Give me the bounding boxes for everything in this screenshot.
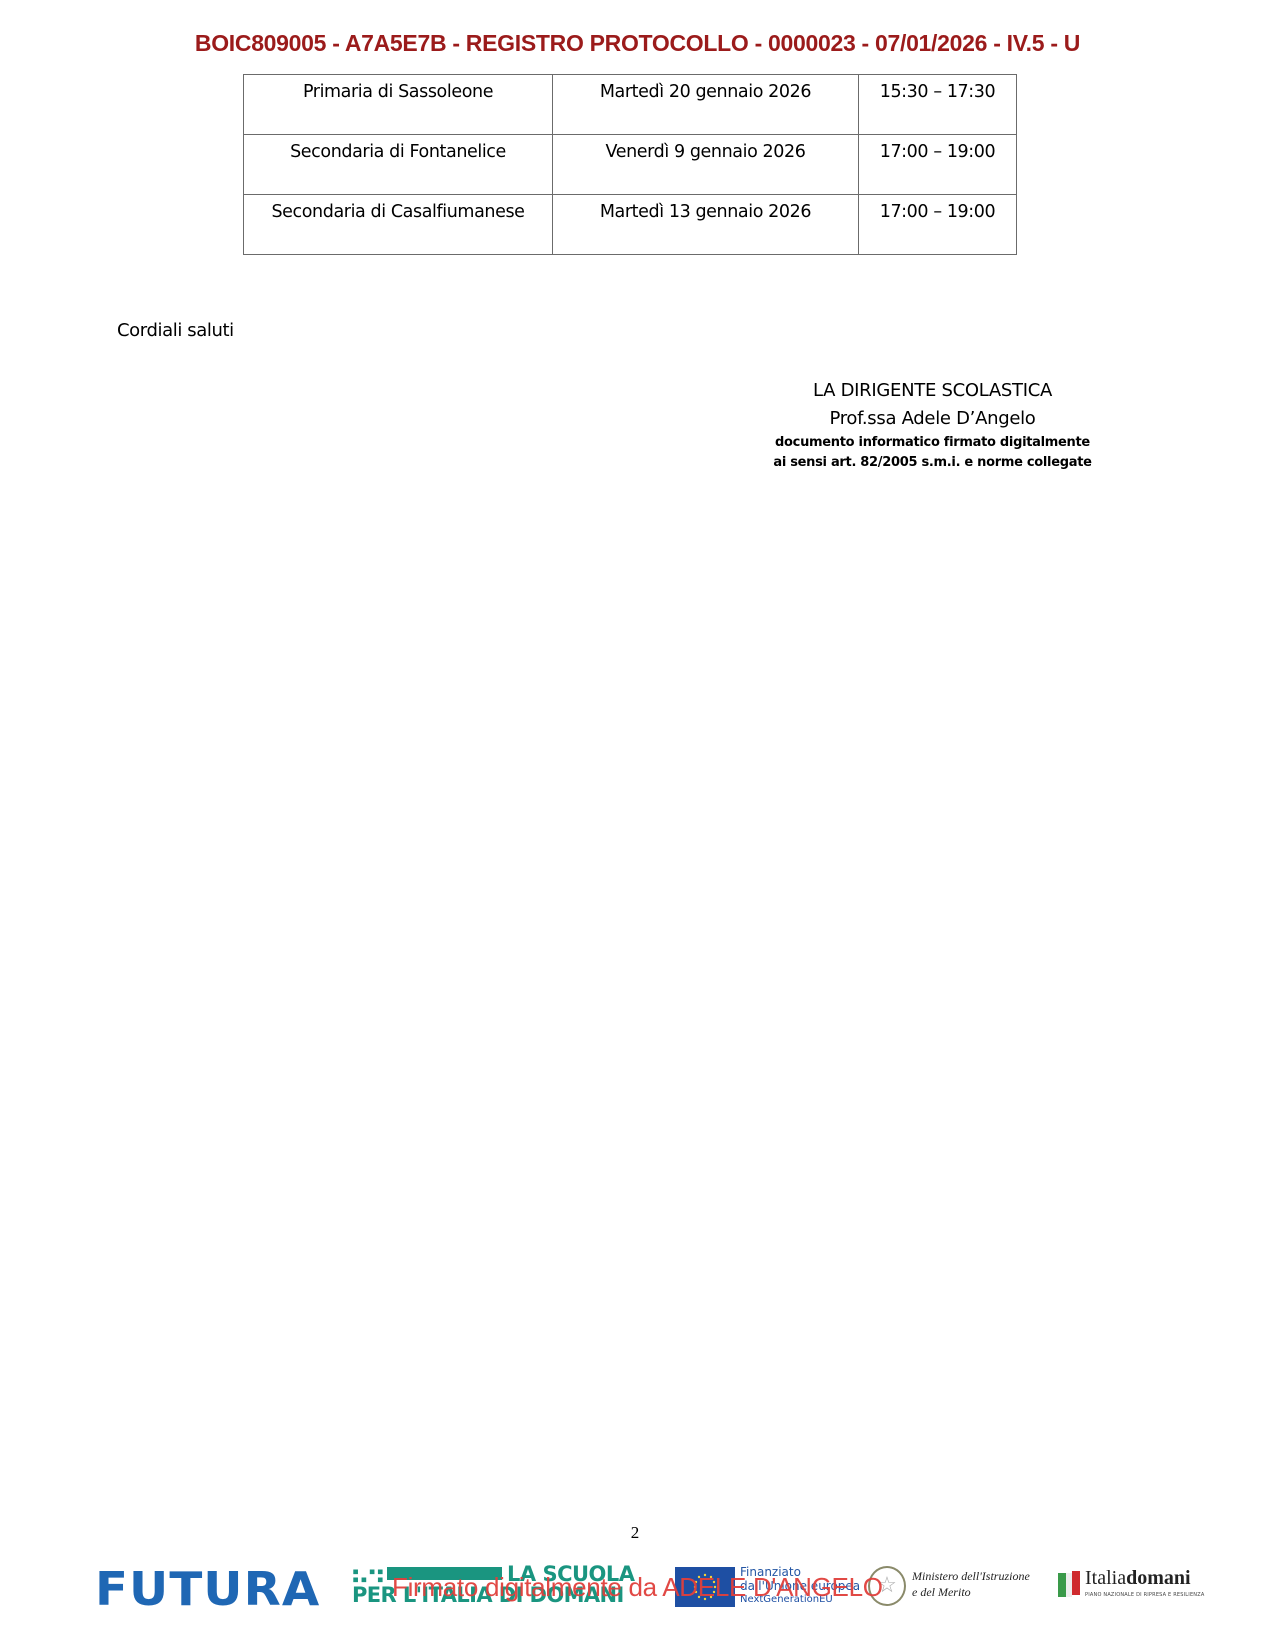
futura-logo: FUTURA bbox=[95, 1562, 320, 1616]
protocol-stamp: BOIC809005 - A7A5E7B - REGISTRO PROTOCOL… bbox=[0, 30, 1275, 57]
table-cell-time: 17:00 – 19:00 bbox=[859, 195, 1017, 255]
italiadomani-subtitle: PIANO NAZIONALE DI RIPRESA E RESILIENZA bbox=[1085, 1592, 1205, 1598]
signer-role: LA DIRIGENTE SCOLASTICA bbox=[760, 377, 1105, 405]
meeting-date: Martedì 13 gennaio 2026 bbox=[600, 202, 811, 222]
table-cell-school: Secondaria di Fontanelice bbox=[244, 135, 553, 195]
ministero-line2: e del Merito bbox=[912, 1584, 1030, 1600]
table-cell-date: Venerdì 9 gennaio 2026 bbox=[553, 135, 859, 195]
signer-name: Prof.ssa Adele D’Angelo bbox=[760, 405, 1105, 433]
schedule-table: Primaria di Sassoleone Martedì 20 gennai… bbox=[243, 74, 1017, 255]
table-cell-school: Primaria di Sassoleone bbox=[244, 75, 553, 135]
table-cell-time: 15:30 – 17:30 bbox=[859, 75, 1017, 135]
table-row: Secondaria di Fontanelice Venerdì 9 genn… bbox=[244, 135, 1017, 195]
table-cell-time: 17:00 – 19:00 bbox=[859, 135, 1017, 195]
digital-signature-stamp: Firmato digitalmente da ADELE D'ANGELO bbox=[392, 1572, 883, 1603]
meeting-date: Venerdì 9 gennaio 2026 bbox=[605, 142, 805, 162]
meeting-time: 17:00 – 19:00 bbox=[880, 202, 996, 222]
table-cell-date: Martedì 20 gennaio 2026 bbox=[553, 75, 859, 135]
italiadomani-light: Italia bbox=[1085, 1567, 1126, 1589]
meeting-date: Martedì 20 gennaio 2026 bbox=[600, 82, 811, 102]
signature-note-line2: ai sensi art. 82/2005 s.m.i. e norme col… bbox=[760, 453, 1105, 473]
ministero-line1: Ministero dell'Istruzione bbox=[912, 1568, 1030, 1584]
meeting-time: 15:30 – 17:30 bbox=[880, 82, 996, 102]
page-number: 2 bbox=[620, 1523, 650, 1543]
table-row: Primaria di Sassoleone Martedì 20 gennai… bbox=[244, 75, 1017, 135]
school-name: Secondaria di Casalfiumanese bbox=[271, 202, 524, 222]
italiadomani-logo: Italiadomani bbox=[1085, 1567, 1191, 1590]
closing-greeting: Cordiali saluti bbox=[117, 320, 234, 341]
meeting-time: 17:00 – 19:00 bbox=[880, 142, 996, 162]
signature-block: LA DIRIGENTE SCOLASTICA Prof.ssa Adele D… bbox=[760, 377, 1105, 473]
table-row: Secondaria di Casalfiumanese Martedì 13 … bbox=[244, 195, 1017, 255]
ministero-logo: Ministero dell'Istruzione e del Merito bbox=[912, 1568, 1030, 1600]
signature-note-line1: documento informatico firmato digitalmen… bbox=[760, 433, 1105, 453]
school-name: Secondaria di Fontanelice bbox=[290, 142, 506, 162]
italiadomani-bold: domani bbox=[1126, 1567, 1190, 1589]
table-cell-school: Secondaria di Casalfiumanese bbox=[244, 195, 553, 255]
italy-flag-icon bbox=[1052, 1571, 1080, 1601]
pixel-dots-icon: ▪ ▪▪▪▪ ▪ bbox=[352, 1567, 385, 1583]
table-cell-date: Martedì 13 gennaio 2026 bbox=[553, 195, 859, 255]
school-name: Primaria di Sassoleone bbox=[303, 82, 493, 102]
